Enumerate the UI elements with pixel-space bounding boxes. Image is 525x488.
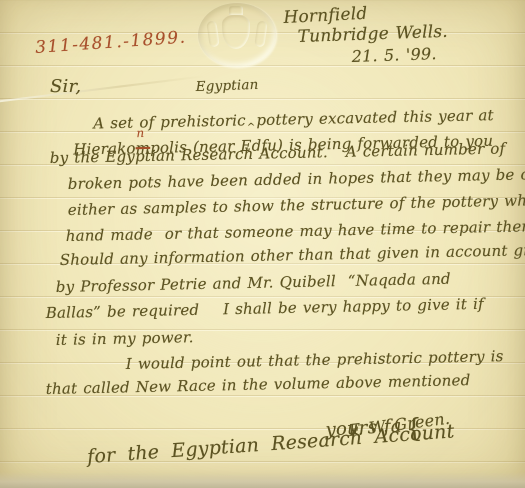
accession-number: 311-481.-1899. — [35, 27, 187, 58]
salutation: Sir, — [50, 76, 81, 97]
body-line-9: Ballas” be required I shall be very happ… — [46, 295, 484, 322]
crest-crown-icon — [229, 6, 243, 15]
embossed-crest-icon — [198, 3, 276, 67]
body-line-11: I would point out that the prehistoric p… — [126, 347, 504, 373]
red-correction-letter: n — [136, 126, 144, 140]
crest-supporter-left-icon — [206, 20, 220, 47]
address-town: Tunbridge Wells. — [297, 22, 448, 47]
body-line-8: by Professor Petrie and Mr. Quibell “Naq… — [56, 270, 451, 296]
paper-bottom-edge — [0, 472, 525, 488]
crest-shield-icon — [222, 15, 250, 49]
crest-supporter-right-icon — [254, 20, 268, 47]
body-line-7: Should any information other than that g… — [60, 241, 525, 269]
letter-page: 311-481.-1899. Hornfield Tunbridge Wells… — [0, 0, 525, 488]
body-line-5: either as samples to show the structure … — [68, 190, 525, 219]
body-line-10: it is in my power. — [56, 328, 194, 349]
letter-date: 21. 5. '99. — [351, 44, 437, 66]
body-line-6: hand made or that someone may have time … — [66, 217, 525, 245]
